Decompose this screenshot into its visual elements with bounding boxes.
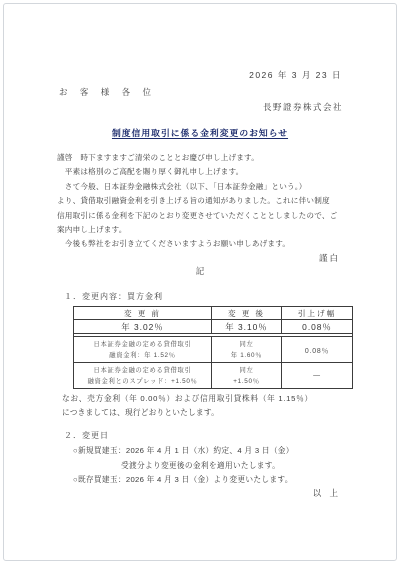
document-page: 2026 年 3 月 23 日 お 客 様 各 位 長野證券株式会社 制度信用取…: [3, 3, 397, 561]
end-mark: 以 上: [313, 487, 341, 499]
table-detail-row: 日本証券金融の定める貸借取引 融資金利とのスプレッド：+1.50％ 同左 +1.…: [74, 363, 353, 389]
main-rate-before: 年 3.02％: [74, 320, 212, 334]
change-date-item-new-cont: 受渡分より変更後の金利を適用いたします。: [73, 459, 351, 474]
detail1-after: 同左 年 1.60％: [212, 337, 282, 363]
section1-note: なお、売方金利（年 0.00％）および信用取引貸株料（年 1.15％） につきま…: [62, 392, 346, 420]
detail2-after: 同左 +1.50％: [212, 363, 282, 389]
rates-table: 変 更 前 変 更 後 引上げ幅 年 3.02％ 年 3.10％ 0.08％ 日…: [73, 306, 353, 389]
col-header-after: 変 更 後: [212, 307, 282, 320]
body-line: より、貸借取引融資金利を引き上げる旨の通知がありました。これに伴い制度: [57, 194, 344, 208]
document-title-text: 制度信用取引に係る金利変更のお知らせ: [112, 128, 288, 138]
table-header-row: 変 更 前 変 更 後 引上げ幅: [74, 307, 353, 320]
table-detail-row: 日本証券金融の定める貸借取引 融資金利：年 1.52％ 同左 年 1.60％ 0…: [74, 337, 353, 363]
detail1-before-line1: 日本証券金融の定める貸借取引: [74, 339, 211, 350]
change-date-item-new: ○新規買建玉：2026 年 4 月 1 日（水）約定、4 月 3 日（金）: [73, 444, 351, 459]
col-header-before: 変 更 前: [74, 307, 212, 320]
section1-heading: １．変更内容：買方金利: [64, 291, 163, 302]
body-line: さて今般、日本証券金融株式会社（以下、「日本証券金融」という。）: [57, 180, 344, 194]
detail2-before-line2: 融資金利とのスプレッド：+1.50％: [74, 376, 211, 387]
body-line: 案内申し上げます。: [57, 223, 344, 237]
body-paragraphs: 謹啓 時下ますますご清栄のこととお慶び申し上げます。 平素は格別のご高配を賜り厚…: [57, 151, 344, 252]
section2-items: ○新規買建玉：2026 年 4 月 1 日（水）約定、4 月 3 日（金） 受渡…: [73, 444, 351, 488]
detail2-before: 日本証券金融の定める貸借取引 融資金利とのスプレッド：+1.50％: [74, 363, 212, 389]
closing-word: 謹白: [319, 252, 340, 264]
detail1-before-line2: 融資金利：年 1.52％: [74, 350, 211, 361]
table-main-row: 年 3.02％ 年 3.10％ 0.08％: [74, 320, 353, 334]
document-title: 制度信用取引に係る金利変更のお知らせ: [4, 126, 396, 139]
detail2-diff: ―: [282, 363, 353, 389]
document-date: 2026 年 3 月 23 日: [249, 69, 342, 81]
record-mark: 記: [4, 265, 396, 277]
body-line: 平素は格別のご高配を賜り厚く御礼申し上げます。: [57, 165, 344, 179]
detail2-after-line2: +1.50％: [212, 376, 281, 387]
section2-heading: ２．変更日: [64, 430, 109, 441]
recipient-line: お 客 様 各 位: [59, 86, 156, 98]
main-rate-diff: 0.08％: [282, 320, 353, 334]
col-header-diff: 引上げ幅: [282, 307, 353, 320]
change-date-item-existing: ○既存買建玉：2026 年 4 月 3 日（金）より変更いたします。: [73, 473, 351, 488]
note-line: なお、売方金利（年 0.00％）および信用取引貸株料（年 1.15％）: [62, 392, 346, 406]
company-name: 長野證券株式会社: [263, 101, 343, 113]
detail2-after-line1: 同左: [212, 365, 281, 376]
detail1-after-line2: 年 1.60％: [212, 350, 281, 361]
body-line: 信用取引に係る金利を下記のとおり変更させていただくこととしましたので、ご: [57, 209, 344, 223]
detail1-before: 日本証券金融の定める貸借取引 融資金利：年 1.52％: [74, 337, 212, 363]
note-line: につきましては、現行どおりといたします。: [62, 406, 346, 420]
detail1-after-line1: 同左: [212, 339, 281, 350]
body-line: 今後も弊社をお引き立てくださいますようお願い申しあげます。: [57, 237, 344, 251]
body-line: 謹啓 時下ますますご清栄のこととお慶び申し上げます。: [57, 151, 344, 165]
detail2-before-line1: 日本証券金融の定める貸借取引: [74, 365, 211, 376]
main-rate-after: 年 3.10％: [212, 320, 282, 334]
detail1-diff: 0.08％: [282, 337, 353, 363]
